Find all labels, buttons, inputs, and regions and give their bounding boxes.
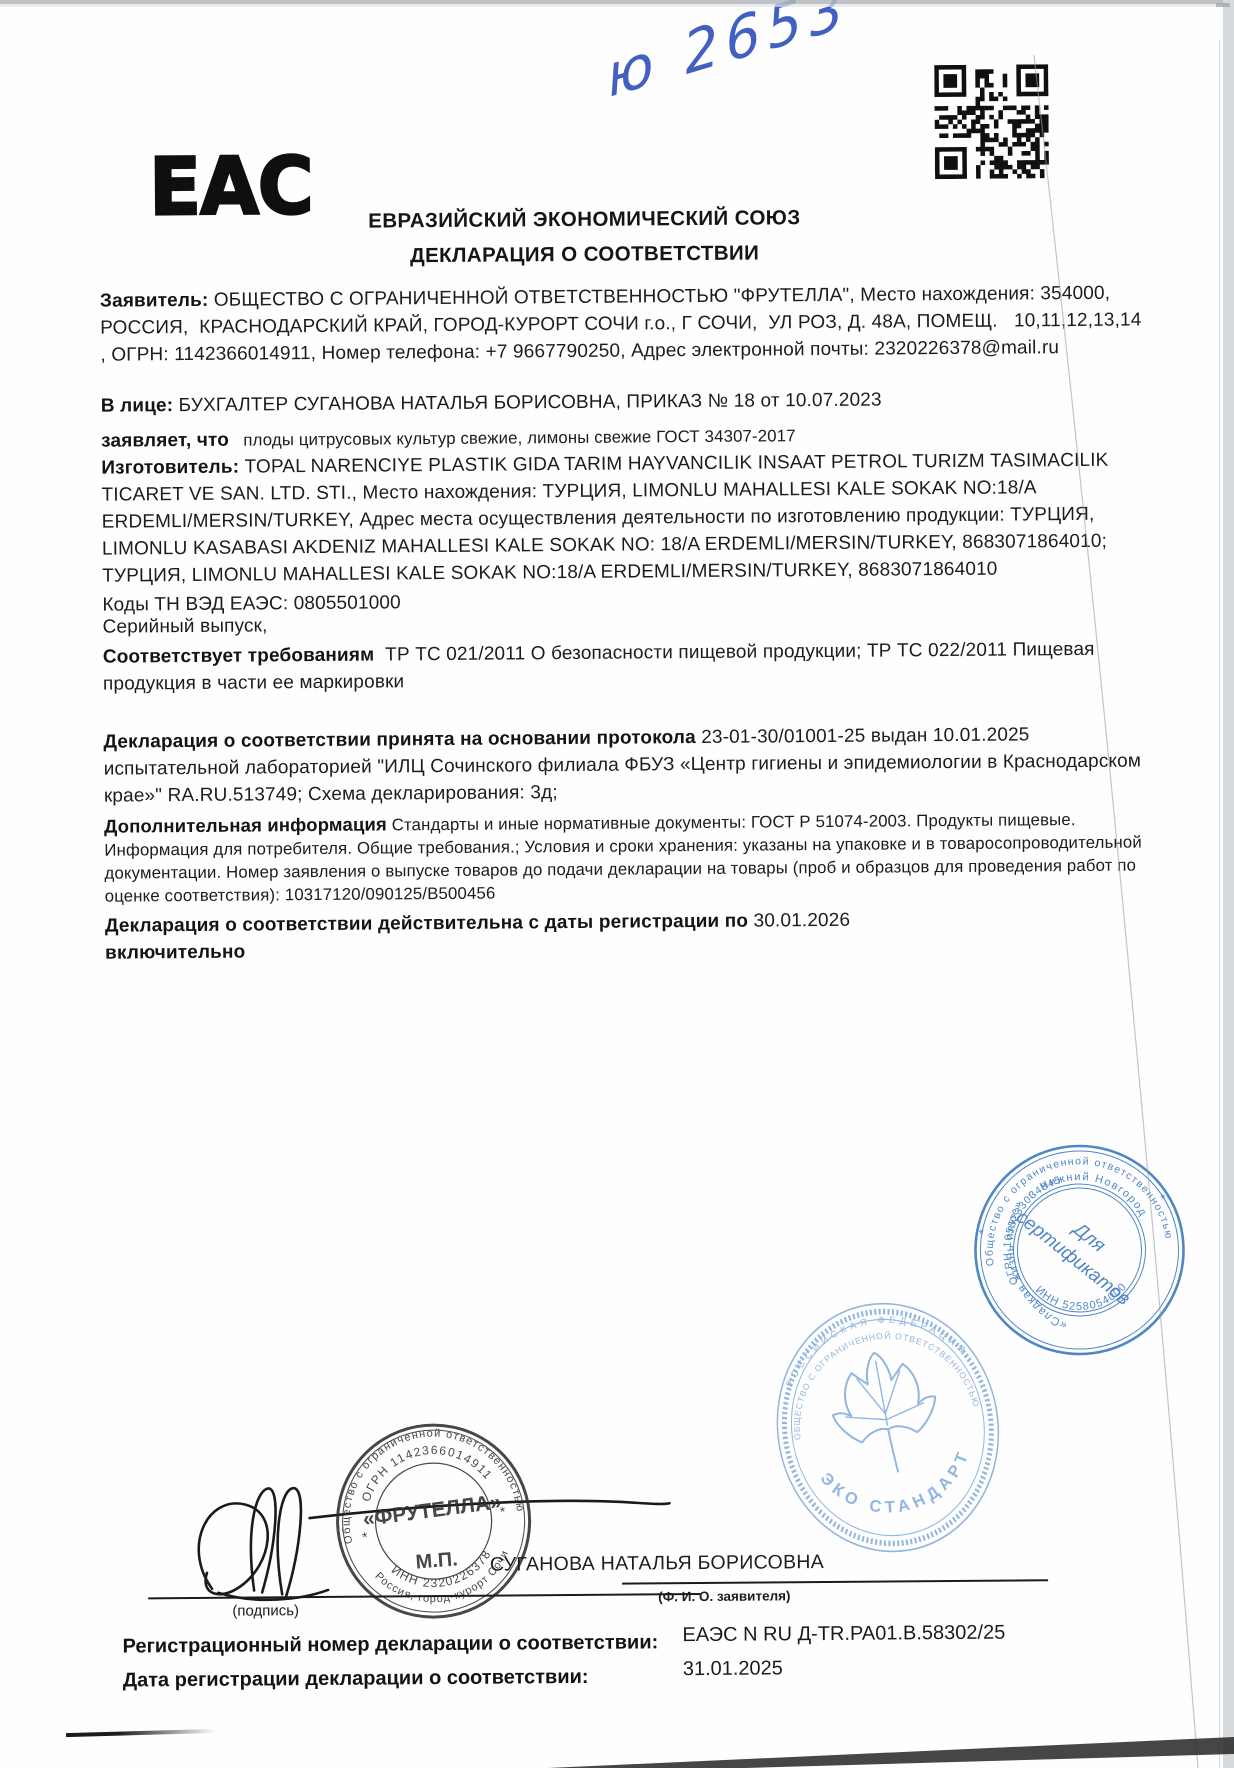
text-run: БУХГАЛТЕР СУГАНОВА НАТАЛЬЯ БОРИСОВНА, ПР…: [173, 390, 882, 417]
text-run: 30.01.2026: [753, 910, 850, 932]
text-run: Декларация о соответствии действительна …: [105, 911, 754, 937]
body-text-column: Заявитель: ОБЩЕСТВО С ОГРАНИЧЕННОЙ ОТВЕТ…: [100, 279, 1148, 966]
declaration-title: ДЕКЛАРАЦИЯ О СООТВЕТСТВИИ: [105, 239, 1065, 271]
text-run: Изготовитель:: [101, 457, 239, 479]
stamp-sweet-life-plus: Общество с ограниченной ответственностью…: [964, 1134, 1196, 1366]
applicant-paragraph: Заявитель: ОБЩЕСТВО С ОГРАНИЧЕННОЙ ОТВЕТ…: [100, 279, 1144, 368]
text-run: Декларация о соответствии принята на осн…: [103, 727, 695, 753]
fio-value: СУГАНОВА НАТАЛЬЯ БОРИСОВНА: [490, 1551, 824, 1577]
text-run: TOPAL NARENCIYE PLASTIK GIDA TARIM HAYVA…: [101, 450, 1113, 587]
scanned-declaration-page: ЕАС ю 2653 ЕВРАЗИЙСКИЙ ЭКОНОМИЧЕСКИЙ СОЮ…: [0, 0, 1234, 1768]
qr-code-icon: [934, 64, 1049, 179]
text-run: В лице:: [101, 395, 174, 417]
basis-paragraph: Декларация о соответствии принята на осн…: [103, 720, 1147, 809]
additional-info-paragraph: Дополнительная информация Стандарты и ин…: [104, 806, 1148, 907]
text-run: включительно: [105, 942, 245, 964]
text-run: Серийный выпуск,: [102, 615, 267, 637]
text-run: Заявитель:: [100, 290, 209, 312]
manufacturer-paragraph: Изготовитель: TOPAL NARENCIYE PLASTIK GI…: [101, 446, 1145, 589]
person-paragraph: В лице: БУХГАЛТЕР СУГАНОВА НАТАЛЬЯ БОРИС…: [101, 384, 1144, 419]
document-sheet: ЕАС ю 2653 ЕВРАЗИЙСКИЙ ЭКОНОМИЧЕСКИЙ СОЮ…: [0, 0, 1234, 1768]
stamp-ring-company: Общество с ограниченной ответственностью: [325, 1412, 526, 1545]
star-icon: *: [978, 1226, 985, 1242]
registration-number-value: ЕАЭС N RU Д-TR.PA01.B.58302/25: [682, 1622, 1005, 1648]
stamp-frutella: Общество с ограниченной ответственностью…: [323, 1410, 545, 1632]
fio-caption: (Ф. И. О. заявителя): [658, 1588, 790, 1604]
handwritten-number: ю 2653: [603, 0, 853, 111]
text-run: плоды цитрусовых культур свежие, лимоны …: [229, 426, 796, 449]
title-block: ЕВРАЗИЙСКИЙ ЭКОНОМИЧЕСКИЙ СОЮЗ ДЕКЛАРАЦИ…: [104, 204, 1064, 271]
leaf-icon: [823, 1343, 947, 1482]
signature-caption: (подпись): [232, 1602, 299, 1620]
text-run: заявляет, что: [101, 430, 229, 452]
stamp-center-name: «ФРУТЕЛЛА»: [362, 1490, 503, 1531]
text-run: Дополнительная информация: [104, 813, 387, 836]
text-run: Соответствует требованиям: [103, 645, 375, 668]
registration-date-value: 31.01.2025: [683, 1657, 783, 1681]
validity-paragraph: Декларация о соответствии действительна …: [105, 904, 1148, 966]
complies-paragraph: Соответствует требованиям ТР ТС 021/2011…: [103, 635, 1146, 697]
text-run: ОБЩЕСТВО С ОГРАНИЧЕННОЙ ОТВЕТСТВЕННОСТЬЮ…: [100, 283, 1174, 366]
registration-date-label: Дата регистрации декларации о соответств…: [123, 1666, 589, 1693]
registration-number-label: Регистрационный номер декларации о соотв…: [122, 1631, 658, 1658]
stamp-mp-label: М.П.: [415, 1548, 459, 1573]
stamp-ring-federation: РОССИЙСКАЯ ФЕДЕРАЦИЯ: [775, 1300, 971, 1391]
